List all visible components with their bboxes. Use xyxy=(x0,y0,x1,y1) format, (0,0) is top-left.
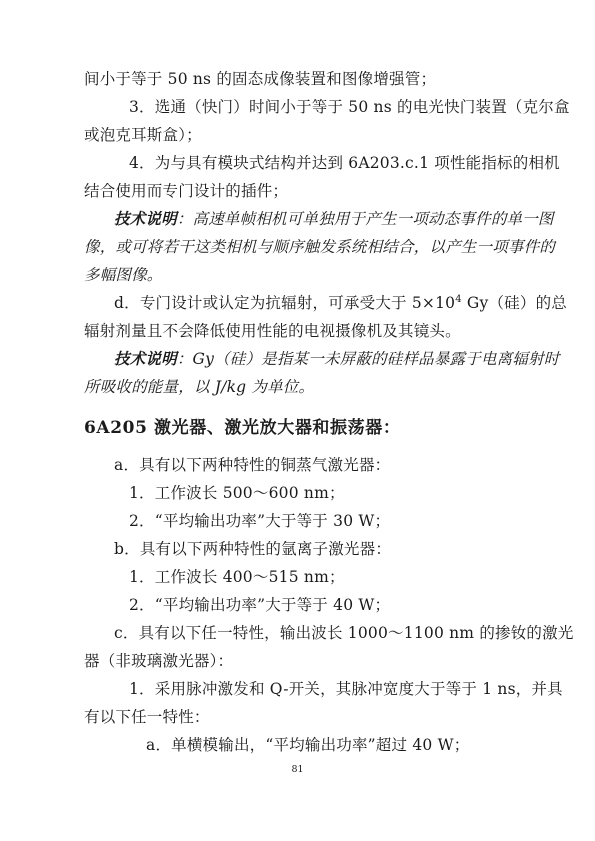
doc-line: a．单横模输出，“平均输出功率”超过 40 W； xyxy=(84,731,524,759)
doc-line: 辐射剂量且不会降低使用性能的电视摄像机及其镜头。 xyxy=(84,317,524,345)
doc-line: 1．工作波长 400～515 nm； xyxy=(84,563,524,591)
section-heading: 6A205 激光器、激光放大器和振荡器： xyxy=(84,413,524,443)
document-page: 间小于等于 50 ns 的固态成像装置和图像增强管；3．选通（快门）时间小于等于… xyxy=(0,0,595,841)
doc-line: 3．选通（快门）时间小于等于 50 ns 的电光快门装置（克尔盒 xyxy=(84,93,524,121)
doc-line: a．具有以下两种特性的铜蒸气激光器： xyxy=(84,451,524,479)
page-number: 81 xyxy=(0,764,595,775)
technote-line: 技术说明：Gy（硅）是指某一未屏蔽的硅样品暴露于电离辐射时 xyxy=(84,345,524,373)
superscript-exponent: 4 xyxy=(455,294,462,305)
doc-line: 结合使用而专门设计的插件； xyxy=(84,177,524,205)
technote-label: 技术说明 xyxy=(114,209,177,228)
technote-line: 所吸收的能量，以 J/kg 为单位。 xyxy=(84,373,524,401)
doc-line: c．具有以下任一特性，输出波长 1000～1100 nm 的掺钕的激光 xyxy=(84,619,524,647)
doc-line: 2．“平均输出功率”大于等于 30 W； xyxy=(84,507,524,535)
doc-line: 器（非玻璃激光器）： xyxy=(84,647,524,675)
doc-line: 2．“平均输出功率”大于等于 40 W； xyxy=(84,591,524,619)
doc-line: 1．工作波长 500～600 nm； xyxy=(84,479,524,507)
technote-line: 技术说明：高速单帧相机可单独用于产生一项动态事件的单一图 xyxy=(84,205,524,233)
doc-line: 4．为与具有模块式结构并达到 6A203.c.1 项性能指标的相机 xyxy=(84,149,524,177)
doc-line: d．专门设计或认定为抗辐射，可承受大于 5×104 Gy（硅）的总 xyxy=(84,289,524,317)
doc-line: 1．采用脉冲激发和 Q-开关，其脉冲宽度大于等于 1 ns，并具 xyxy=(84,675,524,703)
doc-line: 间小于等于 50 ns 的固态成像装置和图像增强管； xyxy=(84,65,524,93)
technote-line: 多幅图像。 xyxy=(84,261,524,289)
doc-line: b．具有以下两种特性的氩离子激光器： xyxy=(84,535,524,563)
technote-line: 像，或可将若干这类相机与顺序触发系统相结合，以产生一项事件的 xyxy=(84,233,524,261)
doc-line: 有以下任一特性： xyxy=(84,703,524,731)
page-body: 间小于等于 50 ns 的固态成像装置和图像增强管；3．选通（快门）时间小于等于… xyxy=(84,65,524,759)
technote-label: 技术说明 xyxy=(114,349,177,368)
doc-line: 或泡克耳斯盒）； xyxy=(84,121,524,149)
